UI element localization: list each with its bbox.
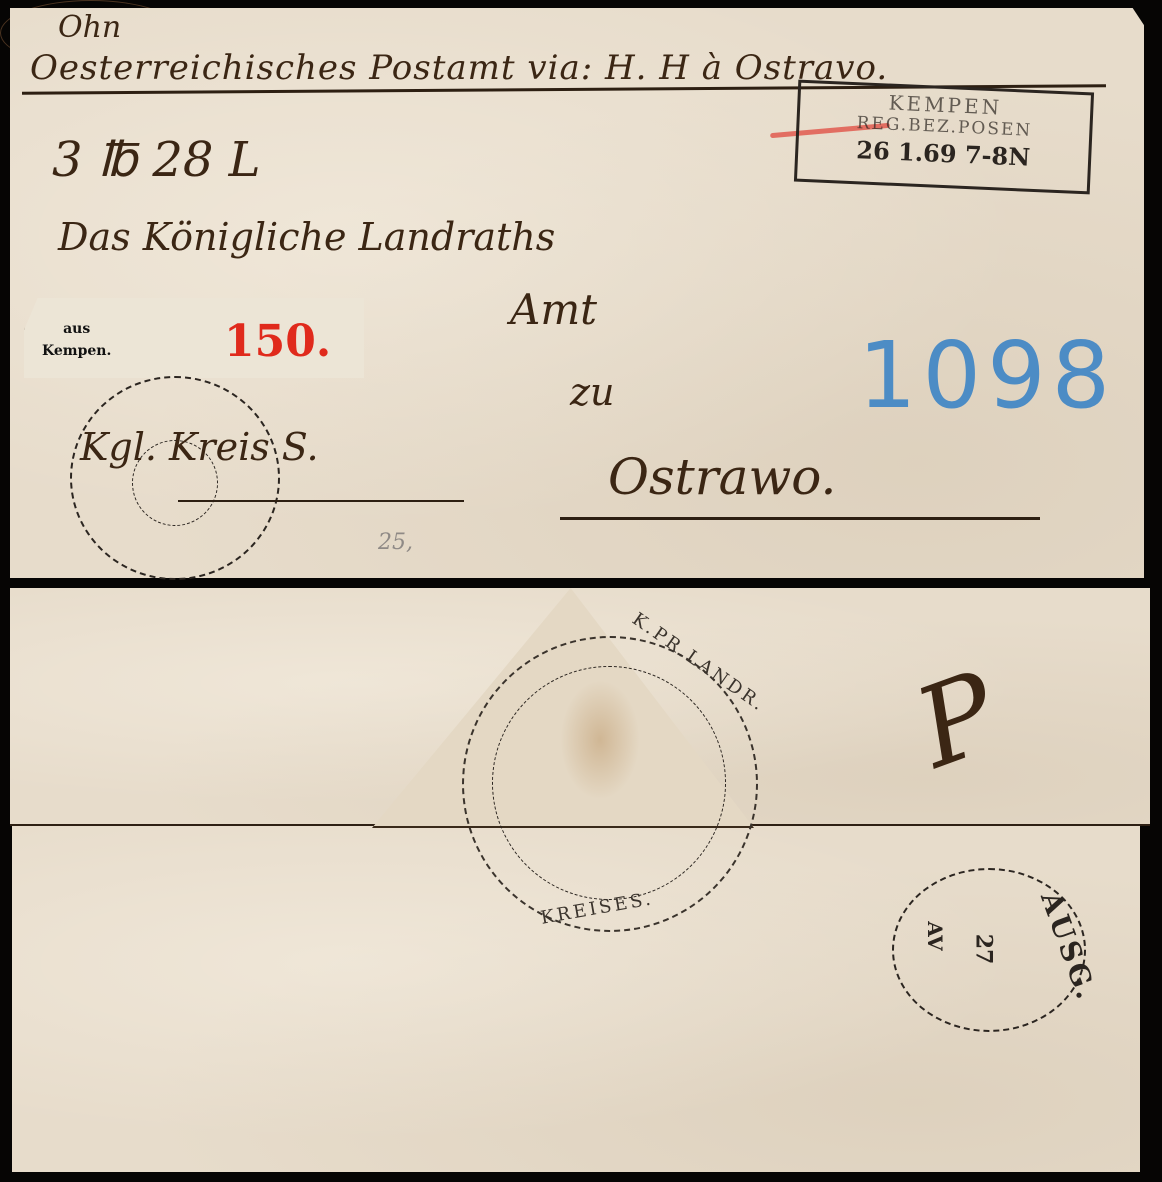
arrival-day: 27 (970, 934, 996, 965)
blue-pencil-number: 1098 (858, 322, 1116, 429)
label-number: 150. (224, 316, 331, 367)
address-line-1: Das Königliche Landraths (58, 215, 555, 259)
postage-note: 3 ℔ 28 L (52, 132, 261, 188)
sender-note: Kgl. Kreis S. (80, 425, 319, 469)
address-line-4: Ostrawo. (608, 448, 836, 506)
official-seal-inner (492, 666, 726, 900)
box-postmark: KEMPEN REG.BEZ.POSEN 26 1.69 7-8N (794, 80, 1094, 195)
sender-underline (178, 500, 464, 502)
ex-officio-text: Ohn (58, 10, 121, 45)
pencil-note: 25, (378, 530, 413, 555)
address-underline (560, 517, 1040, 520)
route-note: Oesterreichisches Postamt via: H. H à Os… (30, 48, 888, 88)
arrival-month: AV (923, 921, 947, 951)
registration-label: aus Kempen. 150. (24, 298, 364, 378)
address-line-3: zu (570, 370, 615, 414)
label-origin: aus Kempen. (42, 318, 111, 362)
circular-cancel (70, 376, 280, 580)
address-line-2: Amt (510, 285, 597, 334)
